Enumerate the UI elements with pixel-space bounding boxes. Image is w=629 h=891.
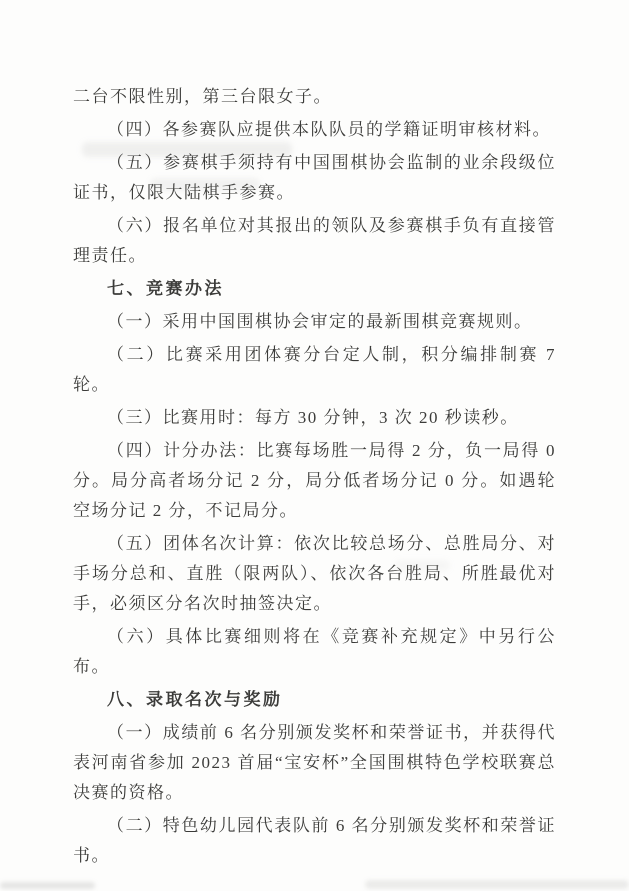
paragraph: （六）具体比赛细则将在《竞赛补充规定》中另行公布。 (73, 622, 556, 682)
paragraph: （五）团体名次计算：依次比较总场分、总胜局分、对手场分总和、直胜（限两队）、依次… (73, 529, 556, 619)
paragraph: 二台不限性别，第三台限女子。 (73, 82, 556, 112)
paragraph: （四）计分办法：比赛每场胜一局得 2 分，负一局得 0 分。局分高者场分记 2 … (73, 436, 556, 526)
scan-edge-artifact (365, 880, 629, 889)
paragraph: （一）采用中国围棋协会审定的最新围棋竞赛规则。 (73, 307, 556, 337)
section-heading: 八、录取名次与奖励 (73, 685, 556, 715)
document-page: 二台不限性别，第三台限女子。（四）各参赛队应提供本队队员的学籍证明审核材料。（五… (0, 0, 629, 891)
paragraph: （二）特色幼儿园代表队前 6 名分别颁发奖杯和荣誉证书。 (73, 811, 556, 871)
paragraph: （二）比赛采用团体赛分台定人制，积分编排制赛 7 轮。 (73, 340, 556, 400)
scan-edge-artifact (0, 882, 95, 889)
paragraph: （一）成绩前 6 名分别颁发奖杯和荣誉证书，并获得代表河南省参加 2023 首届… (73, 718, 556, 808)
document-body: 二台不限性别，第三台限女子。（四）各参赛队应提供本队队员的学籍证明审核材料。（五… (73, 82, 556, 874)
paragraph: （五）参赛棋手须持有中国围棋协会监制的业余段级位证书，仅限大陆棋手参赛。 (73, 148, 556, 208)
paragraph: （四）各参赛队应提供本队队员的学籍证明审核材料。 (73, 115, 556, 145)
paragraph: （六）报名单位对其报出的领队及参赛棋手负有直接管理责任。 (73, 211, 556, 271)
section-heading: 七、竞赛办法 (73, 274, 556, 304)
paragraph: （三）比赛用时：每方 30 分钟，3 次 20 秒读秒。 (73, 403, 556, 433)
